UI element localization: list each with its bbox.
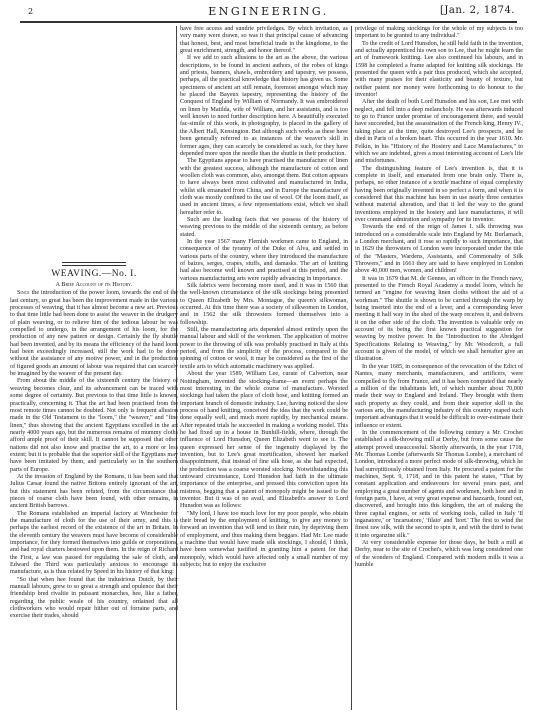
paragraph: After the death of both Lord Hunsdon and… bbox=[355, 99, 523, 165]
page-header: 2 ENGINEERING. [Jan. 2, 1874. bbox=[20, 4, 517, 20]
paragraph: About the year 1589, William Lee, curate… bbox=[180, 371, 348, 511]
paragraph: Since the introduction of the power loom… bbox=[10, 290, 178, 378]
paragraph: The distinguishing feature of Lee's inve… bbox=[355, 166, 523, 225]
paragraph: Such are the leading facts that we posse… bbox=[180, 217, 348, 239]
paragraph: At the invasion of England by the Romans… bbox=[10, 474, 178, 511]
paragraph: have free access and sundrie priviledges… bbox=[180, 26, 348, 55]
quote-paragraph: "So that when hee found that the industr… bbox=[10, 577, 178, 621]
article-title: WEAVING.—No. I. bbox=[10, 269, 178, 280]
paragraph: Towards the end of the reign of James I.… bbox=[355, 224, 523, 275]
paragraph: Silk fabrics were becoming more used, an… bbox=[180, 283, 348, 327]
paragraph: privilege of making stockings for the wh… bbox=[355, 26, 523, 41]
header-rule bbox=[20, 21, 517, 23]
paragraph: The Egyptians appear to have practised t… bbox=[180, 158, 348, 217]
article-subtitle: A Brief Account of its History. bbox=[10, 281, 178, 288]
paragraph: In the commencement of the following cen… bbox=[355, 430, 523, 540]
paragraph: If we add to such allusions to the art a… bbox=[180, 55, 348, 158]
paragraph: The Romans established an imperial facto… bbox=[10, 511, 178, 577]
paragraph: To the credit of Lord Hunsdon, he still … bbox=[355, 41, 523, 100]
paragraph: It was in 1679 that M. de Gennes, an off… bbox=[355, 276, 523, 364]
column-2: have free access and sundrie priviledges… bbox=[180, 26, 348, 569]
issue-date: [Jan. 2, 1874. bbox=[440, 5, 515, 16]
title-ornament-rule bbox=[62, 262, 126, 266]
column-3: privilege of making stockings for the wh… bbox=[355, 26, 523, 569]
paragraph: Still, the manufacturing arts depended a… bbox=[180, 327, 348, 371]
paragraph: In the year 1567 many Flemish workmen ca… bbox=[180, 239, 348, 283]
column-1: WEAVING.—No. I. A Brief Account of its H… bbox=[10, 262, 178, 621]
column-divider bbox=[351, 26, 352, 710]
quote-paragraph: "My lord, I have too much love for my po… bbox=[180, 511, 348, 570]
paragraph: In the year 1685, in consequence of the … bbox=[355, 364, 523, 430]
paragraph: From about the middle of the sixteenth c… bbox=[10, 378, 178, 473]
drop-word: Since bbox=[17, 290, 30, 296]
paragraph: At very considerable expense for those d… bbox=[355, 540, 523, 569]
